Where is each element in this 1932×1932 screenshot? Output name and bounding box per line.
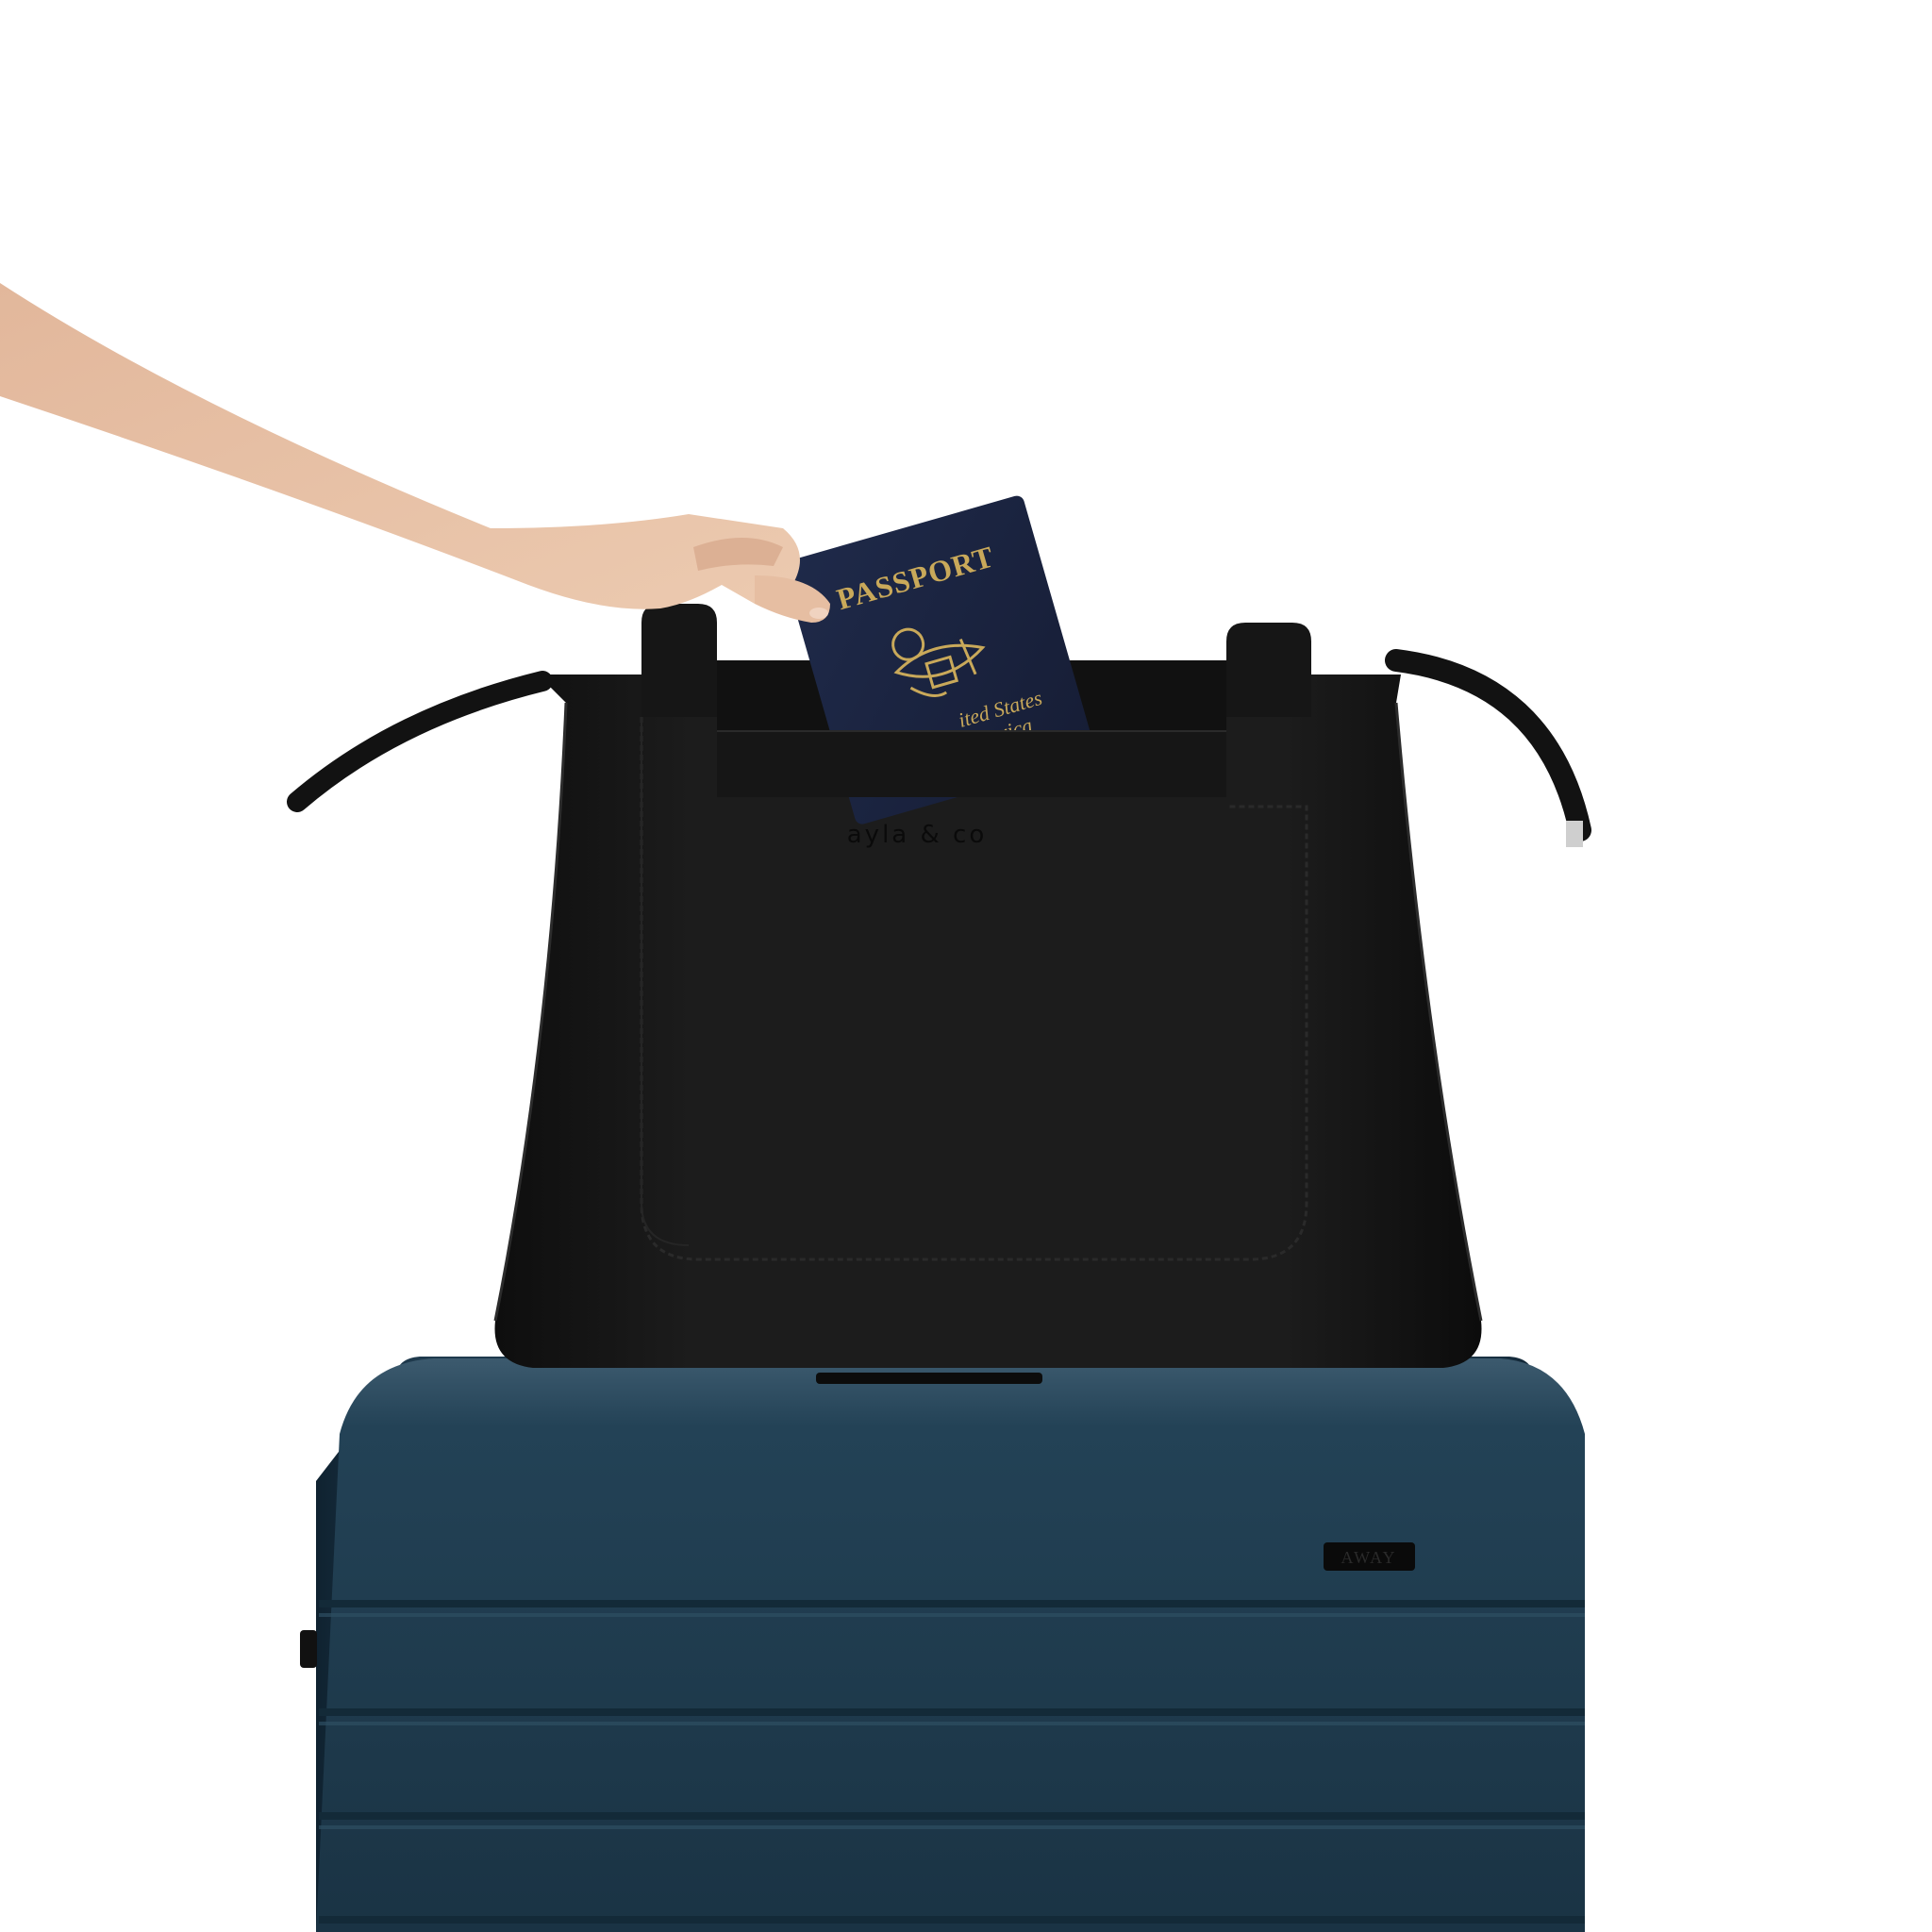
svg-text:AWAY: AWAY [1341, 1548, 1397, 1567]
hand-arm [0, 283, 830, 623]
suitcase-brand-badge: AWAY [1324, 1542, 1415, 1571]
suitcase-side-handle [300, 1630, 317, 1668]
bag-handle-right [1226, 623, 1311, 717]
bag-brand-emboss: ayla & co [847, 821, 987, 849]
suitcase-top-handle [816, 1373, 1042, 1384]
suitcase: AWAY [300, 1357, 1585, 1932]
product-photo-scene: AWAY ayla & co PASSPORT [0, 0, 1932, 1932]
bag-handle-left [641, 604, 717, 717]
